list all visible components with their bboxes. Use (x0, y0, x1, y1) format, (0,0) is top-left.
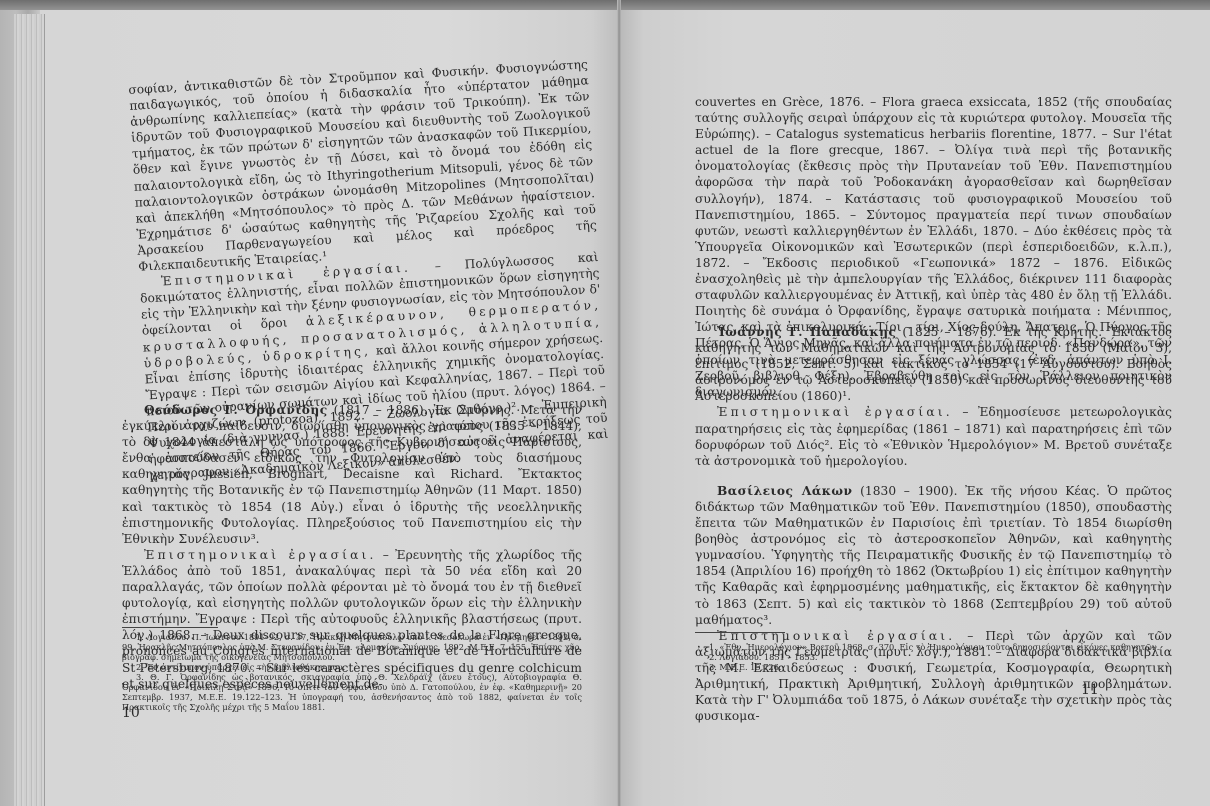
papadakis-bio-paragraph: Ἰωάννης Γ. Παπαδάκης (1825 – 1876). Ἐκ τ… (695, 324, 1172, 404)
works-heading: Ἐπιστημονικαὶ ἐργασίαι. (144, 548, 377, 562)
footnote-1: 1. «Ἐθν. Ἡμερολόγιον» Βρετοῦ 1868, σ. 37… (695, 642, 1172, 652)
works-heading: Ἐπιστημονικαὶ ἐργασίαι. (717, 405, 953, 419)
orphanides-name: Θεόδωρος Γ. Ὀρφανίδης (144, 403, 328, 417)
lakon-bio-text: (1830 – 1900). Ἐκ τῆς νήσου Κέας. Ὁ πρῶτ… (695, 484, 1172, 627)
footnote-1: 1. Λογιάδου. Π. Ἰωάννου 1891–92, σ. 37, … (122, 632, 582, 662)
papadakis-name: Ἰωάννης Γ. Παπαδάκης (717, 325, 896, 339)
footnote-3: 3. Μ.Ε.Ε. 15,726. (695, 662, 1172, 672)
footnote-2: 2. Λογιάδου. 1851 – 1853. (695, 652, 1172, 662)
works-heading: Ἐπιστημονικαὶ ἐργασίαι. (717, 629, 955, 643)
left-footnotes: 1. Λογιάδου. Π. Ἰωάννου 1891–92, σ. 37, … (122, 632, 582, 712)
lakon-bio-paragraph: Βασίλειος Λάκων (1830 – 1900). Ἐκ τῆς νή… (695, 483, 1172, 628)
right-footnotes: 1. «Ἐθν. Ἡμερολόγιον» Βρετοῦ 1868, σ. 37… (695, 642, 1172, 672)
left-page: σοφίαν, ἀντικαθιστῶν δὲ τὸν Στροῦμπον κα… (40, 10, 620, 806)
footnote-3: 3. Θ. Γ. Ὀρφανίδης ὡς βοτανικός, σκιαγρα… (122, 672, 582, 712)
lakon-name: Βασίλειος Λάκων (717, 484, 852, 498)
orphanides-bio-paragraph: Θεόδωρος Γ. Ὀρφανίδης (1817 – 1886). Ἐκ … (122, 402, 582, 547)
book-gutter (617, 0, 621, 806)
mitsopoulos-bio-paragraph: σοφίαν, ἀντικαθιστῶν δὲ τὸν Στροῦμπον κα… (128, 56, 598, 275)
right-page: couvertes en Grèce, 1876. – Flora graeca… (620, 10, 1210, 806)
page-number: 11 (1081, 682, 1099, 698)
papadakis-works-paragraph: Ἐπιστημονικαὶ ἐργασίαι. – Ἐδημοσίευσε με… (695, 404, 1172, 468)
page-number: 10 (122, 705, 140, 721)
footnote-2: 2. Ἐν ἀντίτυπον ὑπάρχει εἰς τὴν βιβλιοθή… (122, 662, 582, 672)
footnote-divider (122, 627, 218, 628)
page-stack-edges (14, 14, 45, 806)
orphanides-bio-text: (1817 – 1886). Ἐκ Σμύρνης. Μετὰ τὴν ἐγκύ… (122, 403, 582, 546)
footnote-divider (695, 632, 785, 633)
